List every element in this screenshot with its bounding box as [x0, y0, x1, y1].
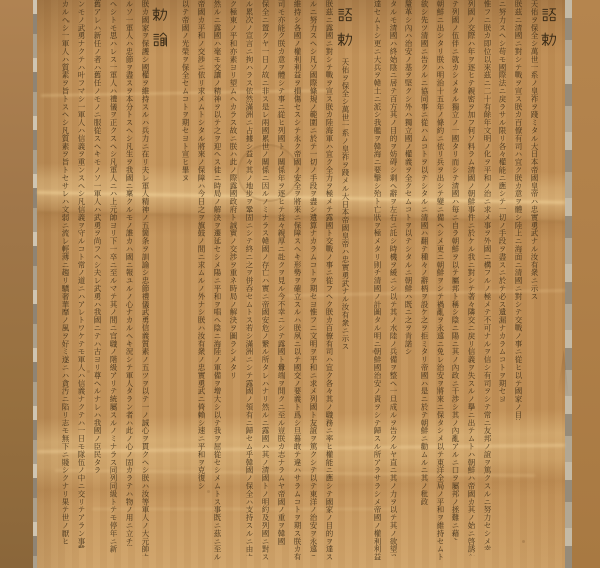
text-column: 然ルニ露國ハ毫モ交讓ノ精神ヲ以テ之ヲ迎ヘス徒ニ時局ノ解決ヲ遷延セシメ陽ニ平和ヲ唱…	[210, 0, 225, 560]
text-column: ルニ努力スヘシ凡ソ國際條規ノ範圍ニ於テ一切ノ手段ヲ盡シ遺算ナカラムコトヲ期セヨ惟…	[306, 0, 321, 556]
text-column: ルソ一軍人ハ忠節ヲ盡スヲ本分トスヘシ凡生ヲ我國ニ稟クルモノ誰カハ國ニ報ユルノ心ナ…	[122, 0, 137, 546]
kanji-sho-glyph	[541, 7, 556, 22]
kanji-choku-glyph	[541, 32, 556, 47]
text-column: ニ努力スヘシ苟モ國際法ニ戾ラサル限リ各々權能ニ應シテ一切ノ手段ヲ盡スニ於テ必ス遺…	[495, 0, 510, 415]
scroll-backing-left	[0, 0, 33, 568]
text-column: ル累次ノ宣言ニ拘ハラス依然滿洲ニ占據シ益々其ノ地步ヲ鞏固ニシテ終ニ之ヲ併呑セムト…	[242, 0, 257, 556]
text-column: 達セムトシ更ニ大兵ヲ韓土ニ派シ我艦ヲ韓海ニ要撃シ殆ト亡狀ヲ極メタリ則チ清國ノ計圖…	[370, 0, 385, 560]
text-column: 朕茲ニ清國ニ對シテ戰ヲ宣ス朕カ百僚有司ハ宜ク朕カ意ヲ體シ陸上ニ海面ニ清國ニ對シテ…	[511, 0, 526, 420]
text-column: 朕カ國家ヲ保護シ國權ヲ維持スルハ兵力ニ在リ夫レ軍人精神ノ五箇条ヲ訓諭シ忠節禮儀武…	[138, 0, 153, 556]
scroll-photo: 詔勅 天佑ヲ保全シ萬世一系ノ皇祚ヲ踐ミタル大日本帝國皇帝ハ忠實勇武ナル汝有衆ニ示…	[0, 0, 600, 568]
text-column: 以テ帝國ノ光榮ヲ保全セムコトヲ期セヨト宣ヒ畢ヌ	[178, 0, 193, 212]
text-column: ヘシトモ思ハレス一軍人ハ禮儀ヲ正クスヘシ凡軍人ニハ上元帥ヨリ下一卒ニ至ルマテ其ノ…	[106, 0, 121, 556]
section-title-instruction-left: 勅諭	[152, 7, 168, 57]
text-column: 朕茲ニ露國ニ對シテ戰ヲ宣ス朕カ陸海軍ハ宜ク全力ヲ極メテ露國ト交戰ノ事ニ從フヘク朕…	[322, 0, 337, 560]
text-column: ク極東ノ平和亦素ヨリ望ムヘカラス故ニ朕ハ此ノ際露國政府ト誠實ノ交渉ヲ重ネ時局ノ解…	[226, 0, 241, 505]
kanji-choku-glyph	[152, 7, 167, 22]
scroll-backing-right	[572, 0, 600, 568]
kanji-choku-glyph	[337, 32, 352, 47]
text-column: 列國ノ交際ハ年ヲ逐ヒテ親密ヲ加フ何ソ料ラム清國ノ朝鮮事件ニ於ケル我ニ對シテ著々隣…	[464, 0, 479, 556]
text-column: 維持シ各國ノ權利利益ヲ損傷セスシテ永ク帝國ノ安全ヲ將來ニ保障スヘキ形勢ヲ確立スル…	[290, 0, 305, 560]
kanji-yu-glyph	[152, 32, 167, 47]
text-column: カルヘシ一軍人ハ質素ヲ旨トスヘシ凡質素ヲ旨トセサレハ文弱ニ流レ輕薄ニ趨リ驕奢華靡…	[58, 0, 73, 545]
section-title-rescript-middle: 詔勅	[337, 7, 353, 57]
text-column: 天佑ヲ保全シ萬世一系ノ皇祚ヲ踐ミタル大日本帝國皇帝ハ忠實勇武ナル汝有衆ニ示ス	[527, 0, 542, 305]
text-column: 欲シ先ツ清國ニ告クルニ協同事ニ從ハムコトヲ以テシタルニ清國ハ翻テ種々ノ辭柄ヲ設ケ…	[417, 0, 432, 505]
text-column: テ列國ノ伍伴ニ就カシメタル獨立ノ一國タリ而シテ清國ハ毎ニ自ラ朝鮮ヲ以テ屬邦ト稱シ…	[448, 0, 463, 540]
text-column: 司モ亦能ク朕カ意ヲ體シテ事ニ從ヒ列國トノ關係年ヲ逐ヒテ益々親厚ニ赴クヲ見ル今不幸…	[274, 0, 289, 546]
text-column: 朝鮮ニ出シタリ朕ハ明治十五年ノ條約ニ依リ兵ヲ出シテ變ニ備ヘシメ更ニ朝鮮ヲシテ禍亂…	[433, 0, 448, 560]
text-column: 舊アレハ新任ノ者ハ舊任ノモノニ服從スヘキモノソ一軍人ハ武勇ヲ尚フヘシ夫レ武勇ハ我…	[90, 0, 105, 540]
text-column: タルモ清國ハ終始陰ニ居テ百方其ノ目的ヲ妨碍シ剩ヘ辭ヲ左右ニ託シ時機ヲ緩ニシ以テ其…	[386, 0, 401, 556]
text-column: 帝國カ平和ノ交渉ニ依リ求メムトシタル將來ノ保障ハ今日之ヲ旗鼓ノ間ニ求ムルノ外ナシ…	[194, 0, 209, 548]
text-column: 釐革シ內ハ治安ノ基ヲ堅クシ外ハ獨立國ノ權義ヲ全クセムコトヲ以テシタルニ朝鮮ハ既ニ…	[401, 0, 416, 370]
text-column: ンモノ武勇ナクテハ叶フマシ一軍人ハ信義ヲ重ンスヘシ凡信義ヲ守ルコト常ノ道ニハアレ…	[74, 0, 89, 548]
kanji-sho-glyph	[337, 7, 352, 22]
text-column: 天佑ヲ保全シ萬世一系ノ皇祚ヲ踐メル大日本帝國皇帝ハ忠實勇武ナル汝有衆ニ示ス	[338, 58, 353, 403]
silver-trim-right	[565, 0, 572, 568]
text-column: 惟フニ朕カ即位以來茲ニ二十有餘年文明ノ化ヲ平和ノ治ニ求メ事ヲ外國ニ構フルノ極メテ…	[480, 0, 495, 550]
text-column: 保全ニ置クヤ一日ノ故ニ非ス是レ兩國累世ノ關係ニ因ルノミナラス韓國ノ存亡ハ實ニ帝國…	[258, 0, 273, 560]
document-paper: 詔勅 天佑ヲ保全シ萬世一系ノ皇祚ヲ踐ミタル大日本帝國皇帝ハ忠實勇武ナル汝有衆ニ示…	[37, 0, 565, 568]
section-title-rescript-right: 詔勅	[541, 7, 557, 57]
